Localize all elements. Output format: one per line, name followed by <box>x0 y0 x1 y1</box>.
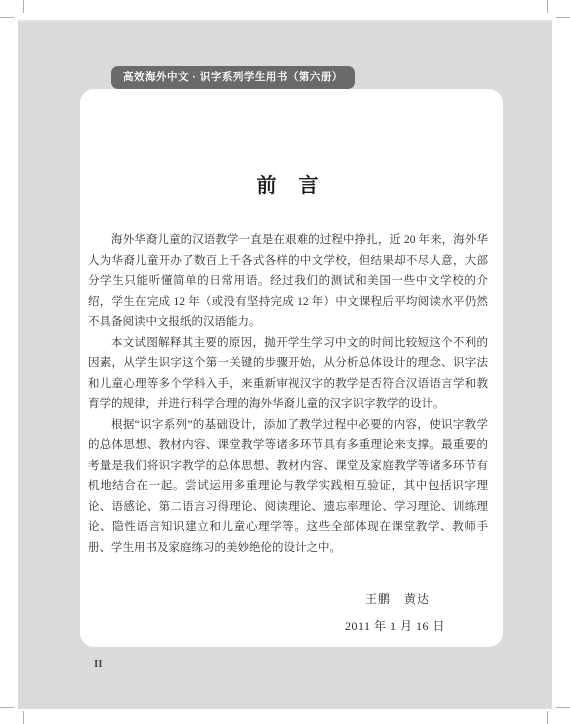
author-names: 王鹏 黄达 <box>88 590 445 607</box>
series-banner: 高效海外中文 · 识字系列学生用书（第六册） <box>111 66 355 89</box>
crop-mark-top-left-vertical <box>23 0 24 13</box>
crop-mark-bottom-left-horizontal <box>0 707 14 708</box>
page-number: II <box>94 658 103 670</box>
crop-mark-top-right-horizontal <box>556 17 570 18</box>
preface-title: 前 言 <box>88 169 488 198</box>
preface-paragraph-1: 海外华裔儿童的汉语教学一直是在艰难的过程中挣扎，近 20 年来，海外华人为华裔儿… <box>88 230 488 333</box>
crop-mark-bottom-left-vertical <box>23 711 24 724</box>
signature-date: 2011 年 1 月 16 日 <box>88 617 445 634</box>
signature-block: 王鹏 黄达 2011 年 1 月 16 日 <box>88 590 488 634</box>
book-page: 高效海外中文 · 识字系列学生用书（第六册） 前 言 海外华裔儿童的汉语教学一直… <box>18 20 552 709</box>
crop-mark-top-left-horizontal <box>0 17 14 18</box>
content-card: 前 言 海外华裔儿童的汉语教学一直是在艰难的过程中挣扎，近 20 年来，海外华人… <box>80 89 503 647</box>
preface-paragraph-3: 根据“识字系列”的基础设计，添加了教学过程中必要的内容，使识字教学的总体思想、教… <box>88 415 488 559</box>
crop-mark-bottom-right-vertical <box>547 711 548 724</box>
preface-paragraph-2: 本文试图解释其主要的原因，抛开学生学习中文的时间比较短这个不利的因素，从学生识字… <box>88 333 488 415</box>
series-banner-label: 高效海外中文 · 识字系列学生用书（第六册） <box>123 71 343 83</box>
crop-mark-top-right-vertical <box>547 0 548 13</box>
crop-mark-bottom-right-horizontal <box>556 707 570 708</box>
